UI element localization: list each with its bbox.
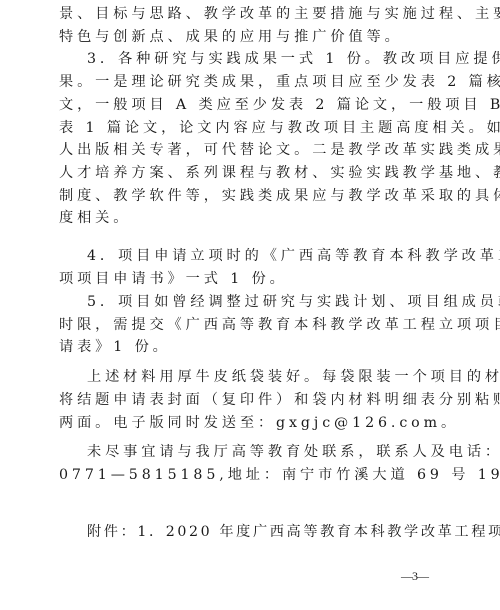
paragraph-line: 景、目标与思路、教学改革的主要措施与实施过程、主要成果、 <box>59 3 447 25</box>
paragraph-line: 度相关。 <box>59 207 447 229</box>
document-page: 景、目标与思路、教学改革的主要措施与实施过程、主要成果、 特色与创新点、成果的应… <box>0 0 500 610</box>
packaging-paragraph-line: 上述材料用厚牛皮纸袋装好。每袋限装一个项目的材料，并 <box>87 366 447 388</box>
paragraph-line: 人出版相关专著，可代替论文。二是教学改革实践类成果，包括 <box>59 139 447 161</box>
paragraph-line: 时限，需提交《广西高等教育本科教学改革工程立项项目调整申 <box>59 314 447 336</box>
paragraph-line: 人才培养方案、系列课程与教材、实验实践教学基地、教学管理 <box>59 162 447 184</box>
email-line: 两面。电子版同时发送至：gxgjc@126.com。 <box>59 412 447 434</box>
item-3-line: 3．各种研究与实践成果一式 1 份。教改项目应提供两类成 <box>87 48 447 70</box>
contact-paragraph-line: 未尽事宜请与我厅高等教育处联系，联系人及电话：罗恒， <box>87 441 447 463</box>
attachment-line: 附件：1．2020 年度广西高等教育本科教学改革工程项目名单 <box>87 521 475 543</box>
paragraph-line: 请表》1 份。 <box>59 336 447 358</box>
paragraph-line: 制度、教学软件等，实践类成果应与教学改革采取的具体措施高 <box>59 185 447 207</box>
paragraph-line: 表 1 篇论文，论文内容应与教改项目主题高度相关。如项目负责 <box>59 117 447 139</box>
paragraph-line: 项项目申请书》一式 1 份。 <box>59 268 447 290</box>
paragraph-line: 果。一是理论研究类成果，重点项目应至少发表 2 篇核心期刊论 <box>59 71 447 93</box>
paragraph-line: 将结题申请表封面（复印件）和袋内材料明细表分别粘贴于袋的 <box>59 389 447 411</box>
paragraph-line: 特色与创新点、成果的应用与推广价值等。 <box>59 26 447 48</box>
item-5-line: 5．项目如曾经调整过研究与实践计划、项目组成员或实施 <box>87 291 447 313</box>
paragraph-line: 文，一般项目 A 类应至少发表 2 篇论文，一般项目 B 类应至少发 <box>59 94 447 116</box>
item-4-line: 4．项目申请立项时的《广西高等教育本科教学改革工程立 <box>87 245 447 267</box>
address-line: 0771—5815185,地址：南宁市竹溪大道 69 号 1912 室。 <box>59 464 447 486</box>
page-number: —3— <box>401 569 428 584</box>
